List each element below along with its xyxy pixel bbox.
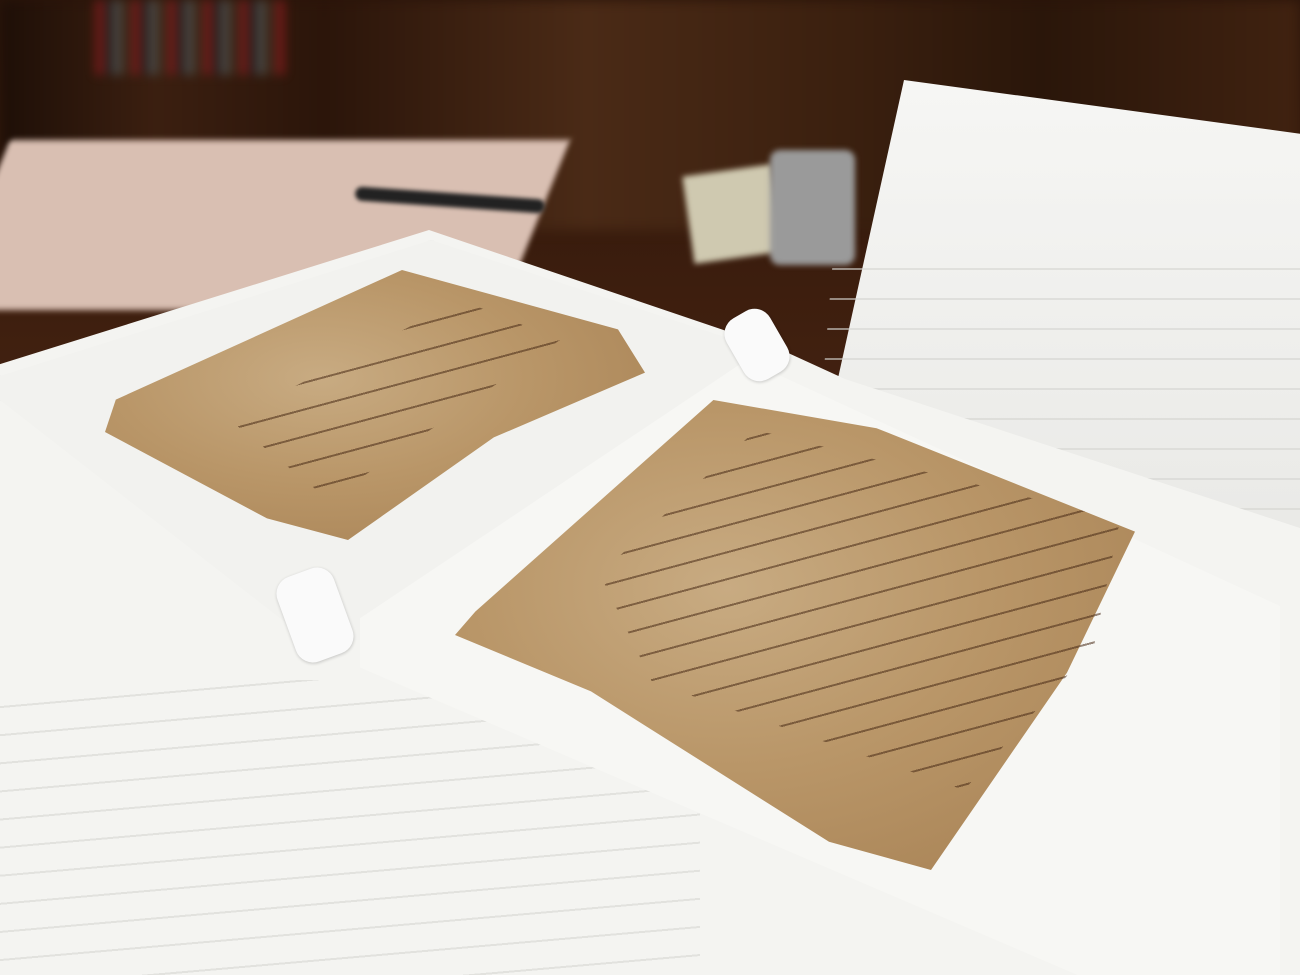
books <box>95 0 285 75</box>
document-weight <box>682 164 783 264</box>
